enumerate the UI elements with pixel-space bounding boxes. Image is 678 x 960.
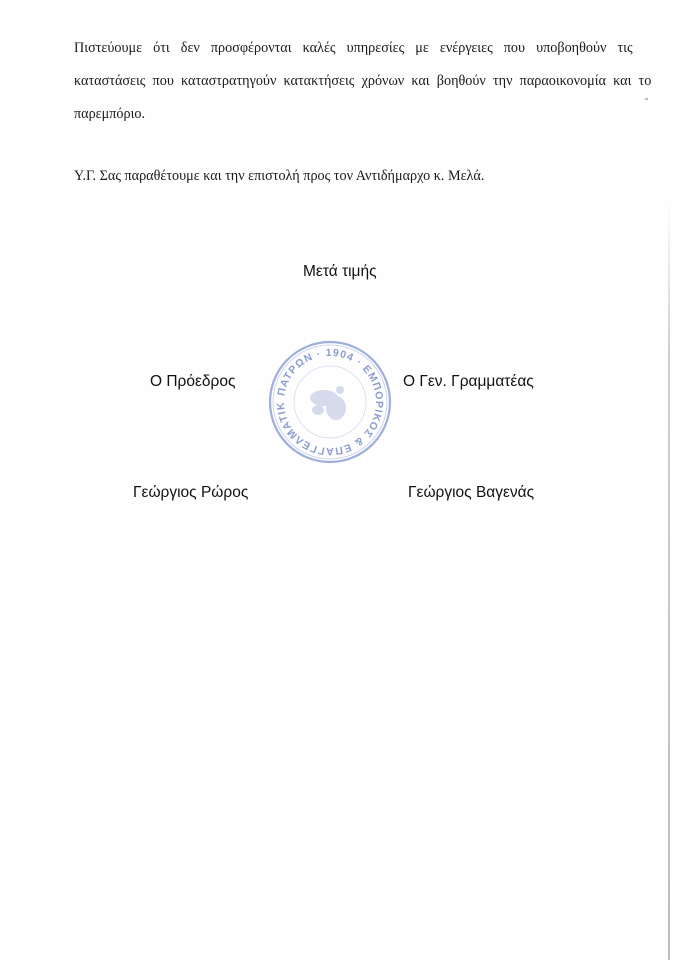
secretary-name: Γεώργιος Βαγενάς xyxy=(408,484,534,502)
scan-speck xyxy=(645,98,648,100)
paragraph-line-3: παρεμπόριο. xyxy=(74,106,145,123)
paragraph-line-1: Πιστεύουμε ότι δεν προσφέρονται καλές υπ… xyxy=(74,40,633,57)
closing-salutation: Μετά τιμής xyxy=(303,263,377,281)
stamp-seal-icon: ΠΑΤΡΩΝ · 1904 · ΕΜΠΟΡΙΚΟΣ & ΕΠΑΓΓΕΛΜΑΤΙΚ… xyxy=(266,338,394,466)
president-title: Ο Πρόεδρος xyxy=(150,373,235,391)
secretary-title: Ο Γεν. Γραμματέας xyxy=(403,373,534,391)
paragraph-line-2: καταστάσεις που καταστρατηγούν κατακτήσε… xyxy=(74,73,651,90)
scan-edge-shadow xyxy=(668,200,670,960)
postscript: Υ.Γ. Σας παραθέτουμε και την επιστολή πρ… xyxy=(74,168,484,185)
association-stamp: ΠΑΤΡΩΝ · 1904 · ΕΜΠΟΡΙΚΟΣ & ΕΠΑΓΓΕΛΜΑΤΙΚ… xyxy=(266,338,394,466)
president-name: Γεώργιος Ρώρος xyxy=(133,484,248,502)
document-page: Πιστεύουμε ότι δεν προσφέρονται καλές υπ… xyxy=(0,0,678,960)
